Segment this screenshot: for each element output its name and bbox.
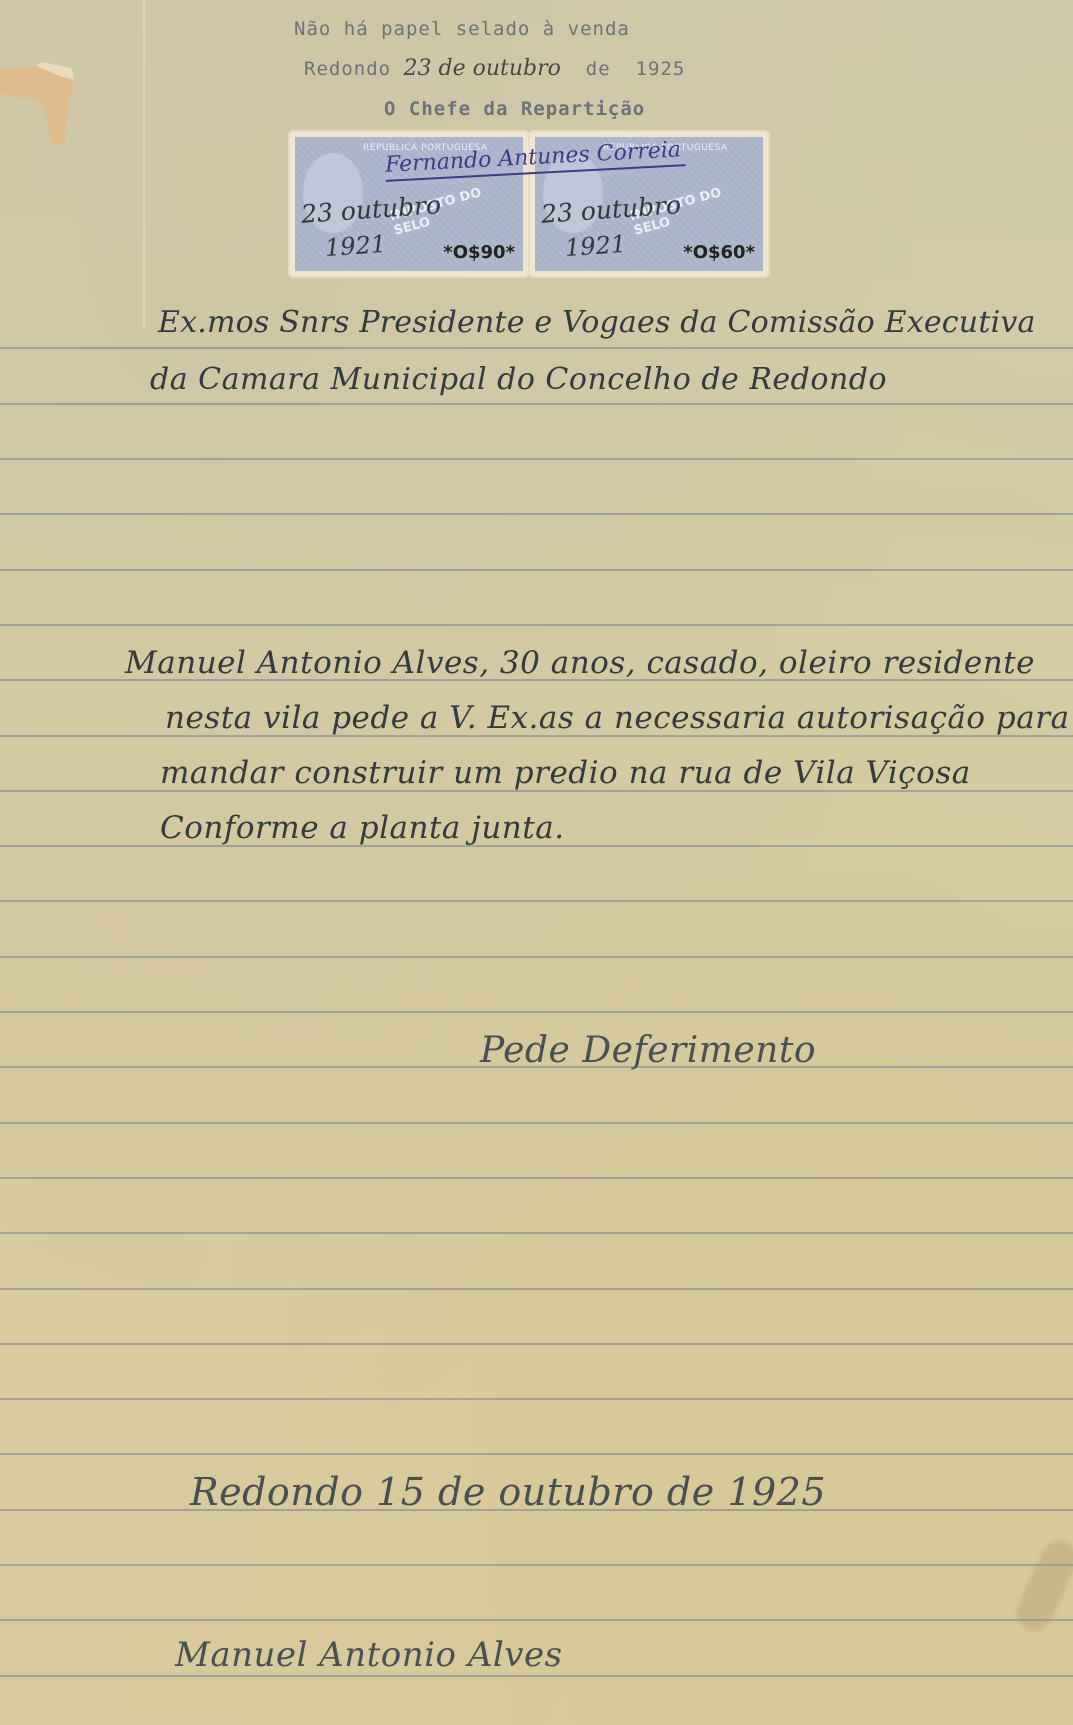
ruled-line (0, 1288, 1073, 1290)
paper-fold (143, 0, 145, 330)
salutation-line-2: da Camara Municipal do Concelho de Redon… (150, 362, 887, 397)
paper-tear (0, 62, 78, 147)
stamp-line-2: Redondo 23 de outubro de 1925 (304, 56, 685, 81)
ruled-line (0, 1232, 1073, 1234)
ruled-line (0, 347, 1073, 349)
ruled-line (0, 513, 1073, 515)
salutation-line-1: Ex.mos Snrs Presidente e Vogaes da Comis… (158, 305, 1036, 340)
ruled-line (0, 1675, 1073, 1677)
ruled-line (0, 403, 1073, 405)
ruled-line (0, 624, 1073, 626)
ruled-line (0, 1122, 1073, 1124)
body-line-1: Manuel Antonio Alves, 30 anos, casado, o… (125, 645, 1035, 681)
ruled-line (0, 1177, 1073, 1179)
closing-pede-deferimento: Pede Deferimento (480, 1030, 816, 1071)
ruled-line (0, 1619, 1073, 1621)
ruled-line (0, 1453, 1073, 1455)
document-page: Não há papel selado à venda Redondo 23 d… (0, 0, 1073, 1725)
ruled-line (0, 1011, 1073, 1013)
ruled-line (0, 458, 1073, 460)
ruled-line (0, 900, 1073, 902)
body-line-2: nesta vila pede a V. Ex.as a necessaria … (165, 700, 1070, 736)
water-stain (1011, 1535, 1073, 1636)
ruled-line (0, 1398, 1073, 1400)
ruled-line (0, 1343, 1073, 1345)
body-line-3: mandar construir um predio na rua de Vil… (160, 755, 971, 791)
body-line-4: Conforme a planta junta. (160, 810, 565, 846)
stamp-handwritten-date: 23 de outubro (404, 56, 561, 81)
stamp-line-1: Não há papel selado à venda (294, 18, 630, 40)
petitioner-signature: Manuel Antonio Alves (175, 1635, 563, 1675)
dateline: Redondo 15 de outubro de 1925 (190, 1470, 826, 1514)
ruled-line (0, 1564, 1073, 1566)
ruled-line (0, 956, 1073, 958)
stamp-value: *O$90* (443, 242, 515, 263)
stamp-value: *O$60* (683, 242, 755, 263)
ruled-line (0, 569, 1073, 571)
stamp-line-3: O Chefe da Repartição (384, 98, 645, 120)
